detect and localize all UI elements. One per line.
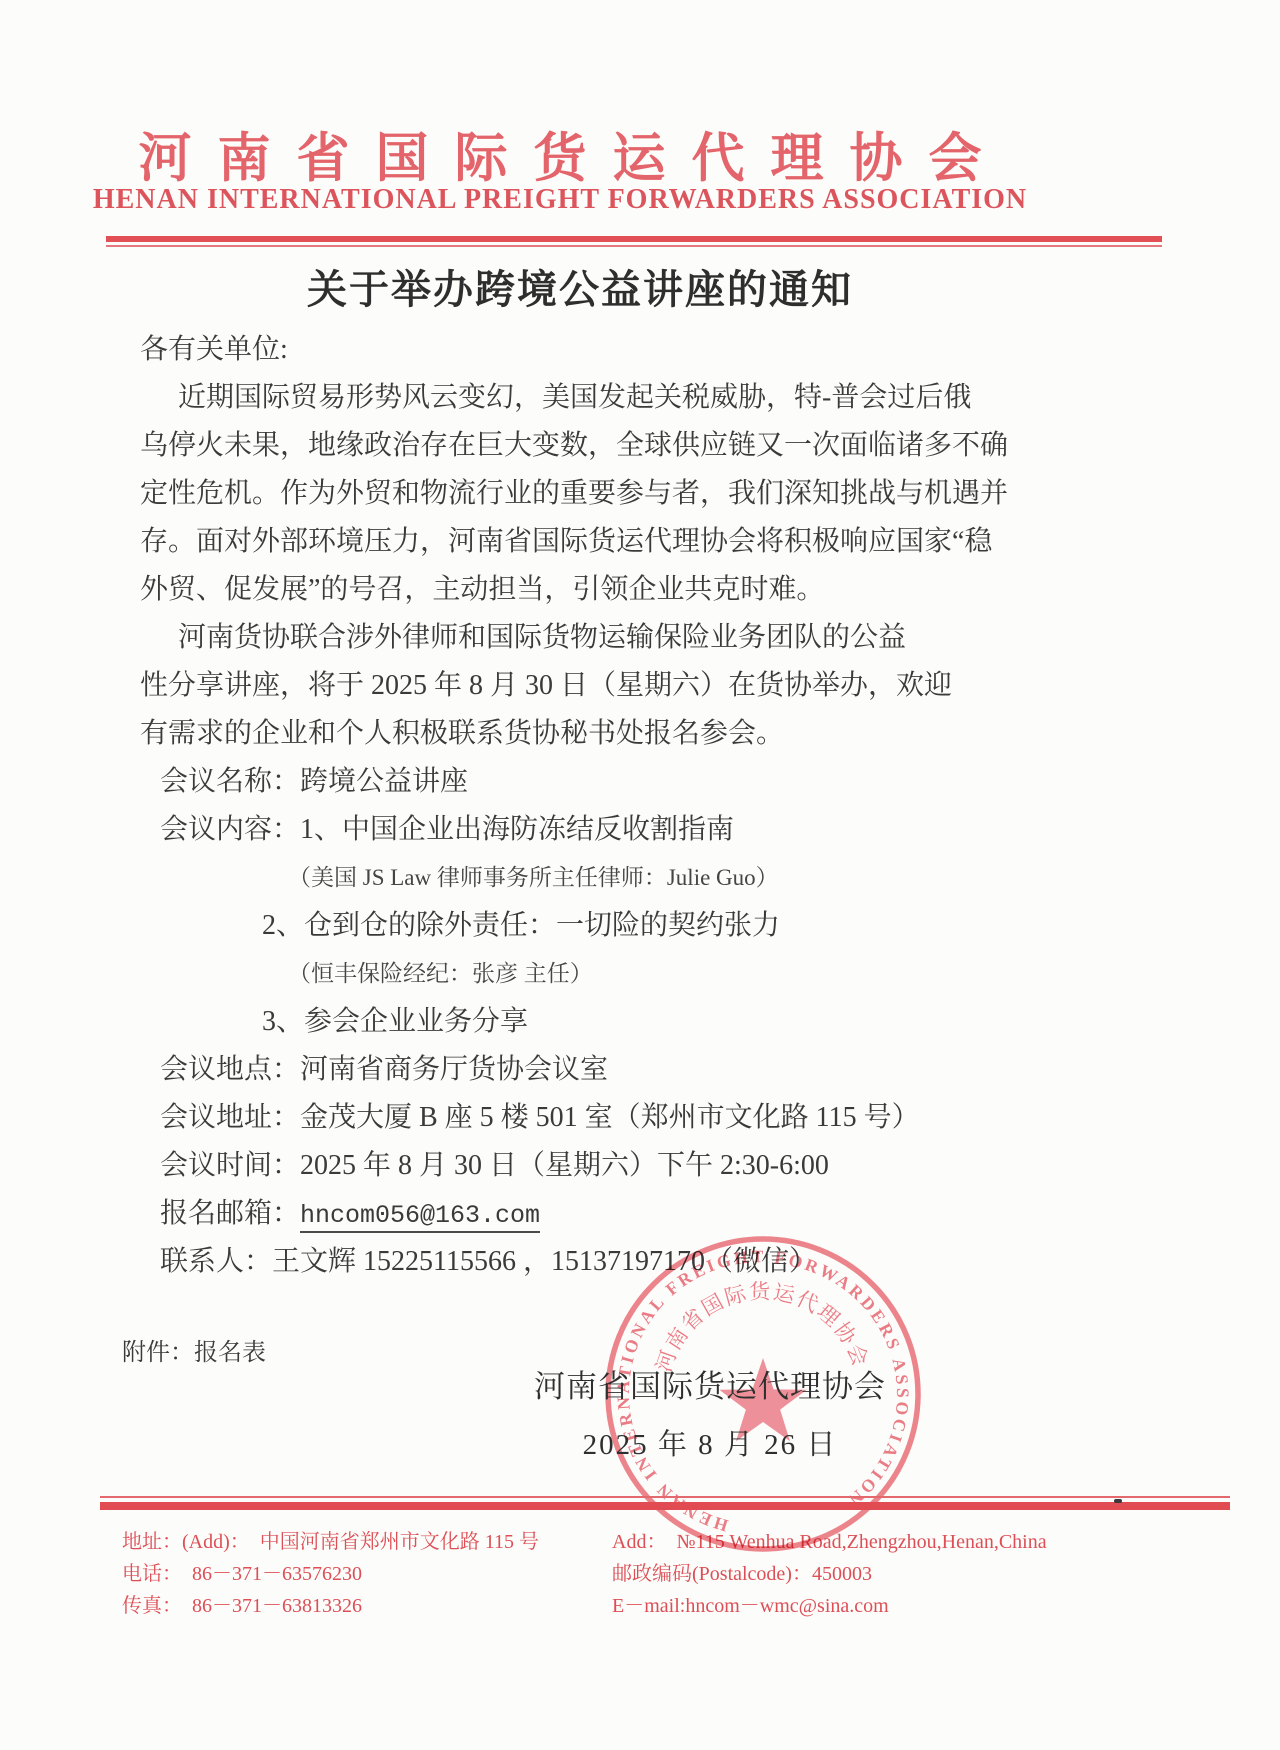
signature-org: 河南省国际货运代理协会 <box>470 1366 950 1408</box>
meeting-name-line: 会议名称：跨境公益讲座 <box>140 758 1022 806</box>
footer-fax: 传真： 86－371－63813326 <box>122 1590 539 1622</box>
scanned-notice-page: 河南省国际货运代理协会 HENAN INTERNATIONAL PREIGHT … <box>0 0 1280 1750</box>
speaker-note-line: （恒丰保险经纪：张彦 主任） <box>140 950 1022 998</box>
signature-date: 2025 年 8 月 26 日 <box>470 1422 950 1463</box>
body-line: 近期国际贸易形势风云变幻，美国发起关税威胁，特-普会过后俄 <box>140 374 1022 422</box>
footer-rule-thick <box>100 1502 1230 1510</box>
attachment-note: 附件：报名表 <box>122 1332 266 1367</box>
body-line: 定性危机。作为外贸和物流行业的重要参与者，我们深知挑战与机遇并 <box>140 470 1022 518</box>
footer-email: E－mail:hncom－wmc@sina.com <box>612 1590 1047 1622</box>
body-line: 存。面对外部环境压力，河南省国际货运代理协会将积极响应国家“稳 <box>140 518 1022 566</box>
letterhead-org-name-en: HENAN INTERNATIONAL PREIGHT FORWARDERS A… <box>90 184 1030 216</box>
registration-email-label: 报名邮箱： <box>160 1198 300 1229</box>
meeting-place-line: 会议地点：河南省商务厅货协会议室 <box>140 1046 1022 1094</box>
meeting-time-line: 会议时间：2025 年 8 月 30 日（星期六）下午 2:30-6:00 <box>140 1142 1022 1190</box>
footer-left-column: 地址：(Add)： 中国河南省郑州市文化路 115 号 电话： 86－371－6… <box>122 1526 539 1622</box>
body-line: 外贸、促发展”的号召，主动担当，引领企业共克时难。 <box>140 566 1022 614</box>
notice-title: 关于举办跨境公益讲座的通知 <box>140 258 1020 315</box>
meeting-topic-line: 3、参会企业业务分享 <box>140 998 1022 1046</box>
footer-address-cn: 地址：(Add)： 中国河南省郑州市文化路 115 号 <box>122 1526 539 1558</box>
footer-postalcode: 邮政编码(Postalcode)：450003 <box>612 1558 1047 1590</box>
footer-phone: 电话： 86－371－63576230 <box>122 1558 539 1590</box>
footer-rule-thin <box>100 1496 1230 1498</box>
salutation: 各有关单位: <box>140 326 1022 374</box>
speaker-note-line: （美国 JS Law 律师事务所主任律师：Julie Guo） <box>140 854 1022 902</box>
notice-body: 各有关单位: 近期国际贸易形势风云变幻，美国发起关税威胁，特-普会过后俄 乌停火… <box>140 326 1022 1286</box>
letterhead-rule-thick <box>106 236 1162 242</box>
body-line: 河南货协联合涉外律师和国际货物运输保险业务团队的公益 <box>140 614 1022 662</box>
body-line: 性分享讲座，将于 2025 年 8 月 30 日（星期六）在货协举办，欢迎 <box>140 662 1022 710</box>
meeting-content-line: 会议内容：1、中国企业出海防冻结反收割指南 <box>140 806 1022 854</box>
registration-email-address: hncom056@163.com <box>300 1201 540 1233</box>
meeting-topic-line: 2、仓到仓的除外责任：一切险的契约张力 <box>140 902 1022 950</box>
scan-artifact-dot <box>1114 1499 1122 1503</box>
meeting-address-line: 会议地址：金茂大厦 B 座 5 楼 501 室（郑州市文化路 115 号） <box>140 1094 1022 1142</box>
signature-block: 河南省国际货运代理协会 2025 年 8 月 26 日 <box>470 1366 950 1463</box>
letterhead-org-name-cn: 河南省国际货运代理协会 <box>90 116 1030 192</box>
body-line: 乌停火未果，地缘政治存在巨大变数，全球供应链又一次面临诸多不确 <box>140 422 1022 470</box>
letterhead-rule-thin <box>106 245 1162 247</box>
body-line: 有需求的企业和个人积极联系货协秘书处报名参会。 <box>140 710 1022 758</box>
